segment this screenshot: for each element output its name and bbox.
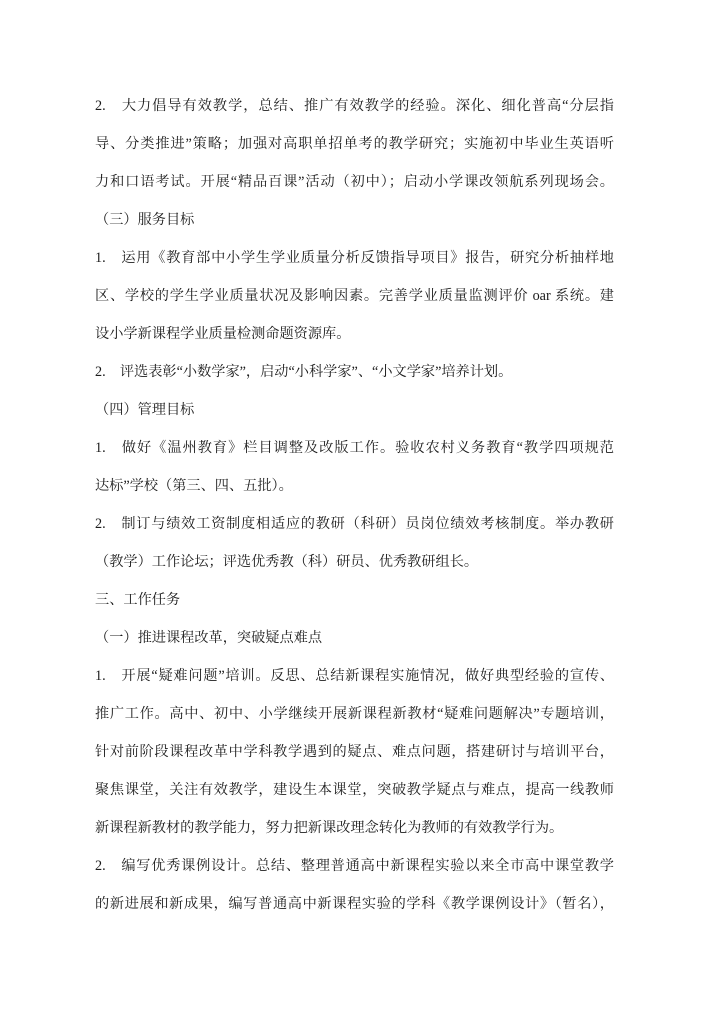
- text-line: 2. 评选表彰“小数学家”，启动“小科学家”、“小文学家”培养计划。: [95, 353, 614, 391]
- text-line: 1. 开展“疑难问题”培训。反思、总结新课程实施情况，做好典型经验的宣传、: [95, 657, 614, 695]
- text-line: 2. 制订与绩效工资制度相适应的教研（科研）员岗位绩效考核制度。举办教研: [95, 505, 614, 543]
- text-line: 达标”学校（第三、四、五批）。: [95, 467, 614, 505]
- text-line: 1. 运用《教育部中小学生学业质量分析反馈指导项目》报告，研究分析抽样地: [95, 239, 614, 277]
- text-line: 的新进展和新成果，编写普通高中新课程实验的学科《教学课例设计》（暂名），: [95, 885, 614, 923]
- text-line: 1. 做好《温州教育》栏目调整及改版工作。验收农村义务教育“教学四项规范: [95, 429, 614, 467]
- text-line: （教学）工作论坛；评选优秀教（科）研员、优秀教研组长。: [95, 543, 614, 581]
- text-line: 三、工作任务: [95, 581, 614, 619]
- document-page: 2. 大力倡导有效教学，总结、推广有效教学的经验。深化、细化普高“分层指导、分类…: [0, 0, 721, 1020]
- text-line: 设小学新课程学业质量检测命题资源库。: [95, 315, 614, 353]
- text-line: 推广工作。高中、初中、小学继续开展新课程新教材“疑难问题解决”专题培训，: [95, 695, 614, 733]
- text-line: （一）推进课程改革，突破疑点难点: [95, 619, 614, 657]
- text-line: 2. 编写优秀课例设计。总结、整理普通高中新课程实验以来全市高中课堂教学: [95, 847, 614, 885]
- text-line: 2. 大力倡导有效教学，总结、推广有效教学的经验。深化、细化普高“分层指: [95, 87, 614, 125]
- text-line: 针对前阶段课程改革中学科教学遇到的疑点、难点问题，搭建研讨与培训平台，: [95, 733, 614, 771]
- document-text-block: 2. 大力倡导有效教学，总结、推广有效教学的经验。深化、细化普高“分层指导、分类…: [95, 87, 614, 923]
- text-line: 聚焦课堂，关注有效教学，建设生本课堂，突破教学疑点与难点，提高一线教师: [95, 771, 614, 809]
- text-line: （四）管理目标: [95, 391, 614, 429]
- text-line: 新课程新教材的教学能力，努力把新课改理念转化为教师的有效教学行为。: [95, 809, 614, 847]
- text-line: 区、学校的学生学业质量状况及影响因素。完善学业质量监测评价 oar 系统。建: [95, 277, 614, 315]
- text-line: 导、分类推进”策略；加强对高职单招单考的教学研究；实施初中毕业生英语听: [95, 125, 614, 163]
- text-line: （三）服务目标: [95, 201, 614, 239]
- text-line: 力和口语考试。开展“精品百课”活动（初中）；启动小学课改领航系列现场会。: [95, 163, 614, 201]
